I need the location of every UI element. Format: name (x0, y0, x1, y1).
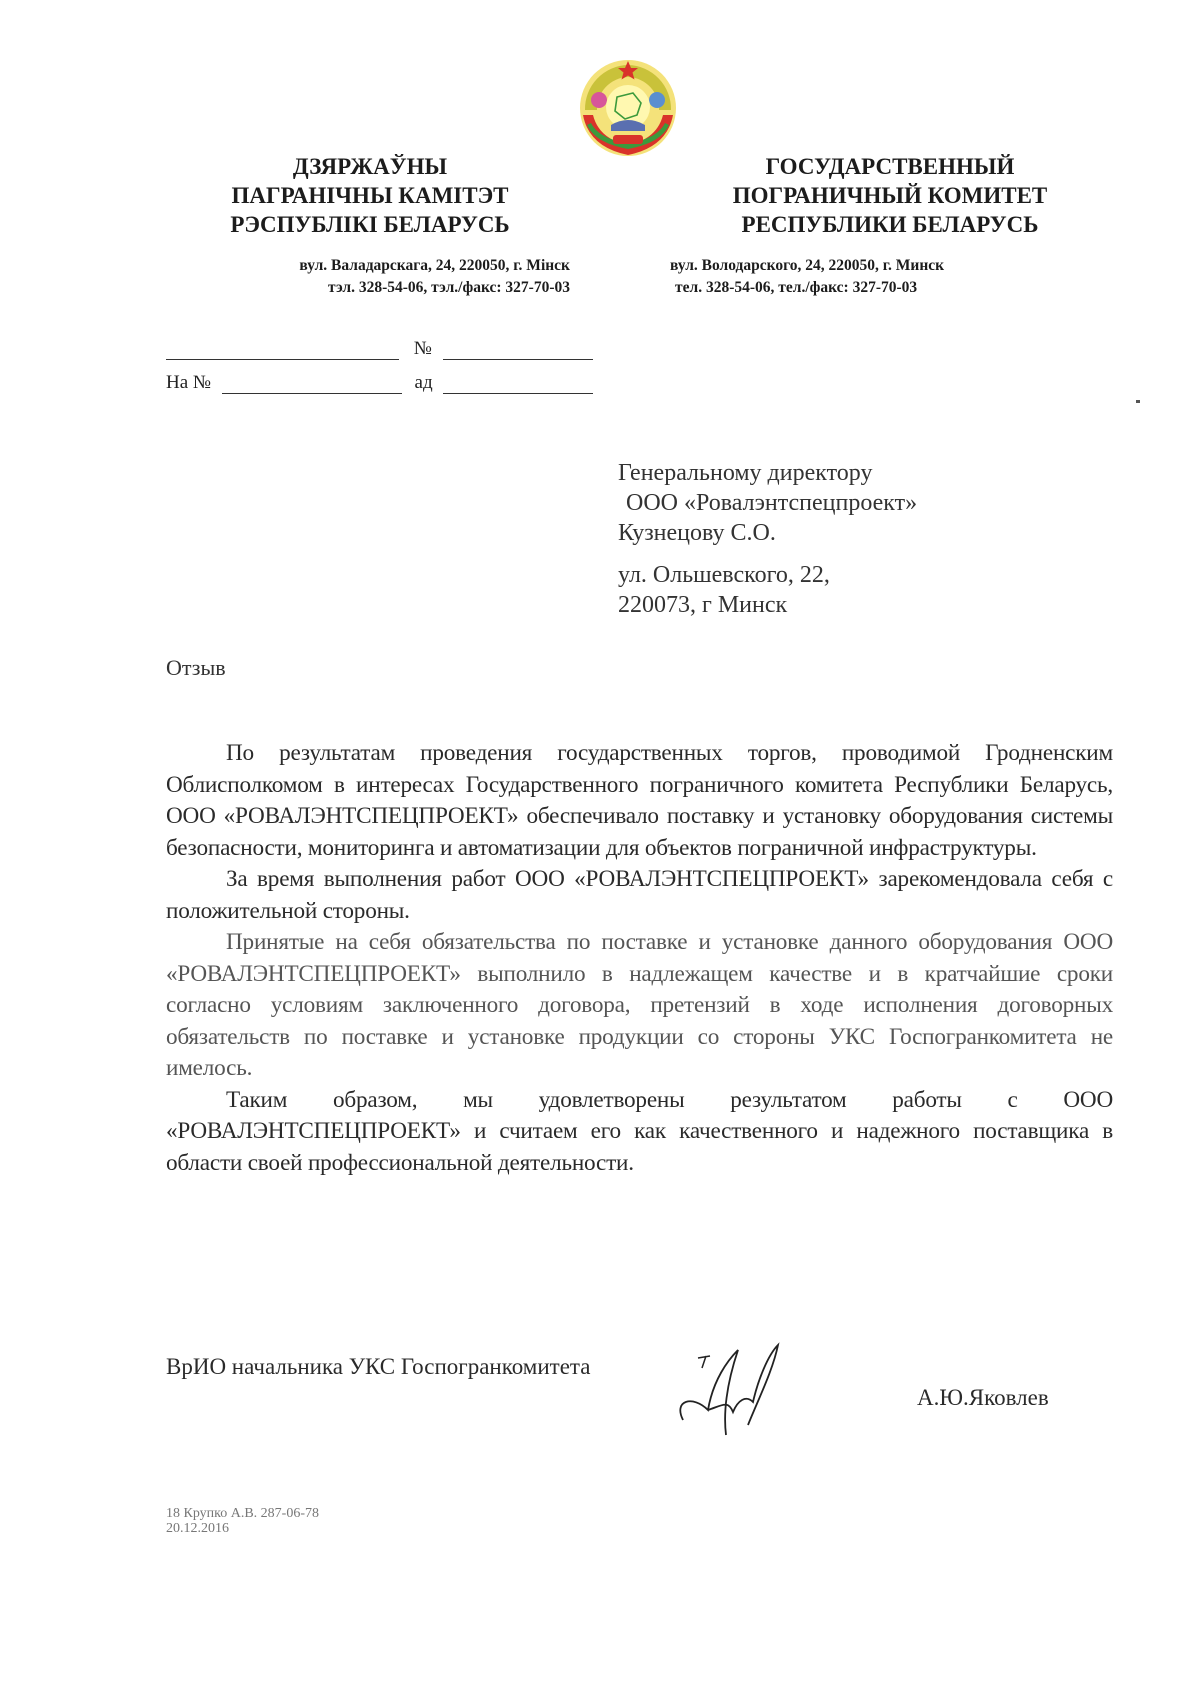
from-date-blank-line (443, 375, 593, 394)
number-blank-line (443, 341, 593, 360)
letterhead-line: ПАГРАНІЧНЫ КАМІТЭТ (160, 181, 580, 210)
date-blank-line (166, 341, 399, 360)
signatory-title: ВрИО начальника УКС Госпогранкомитета (166, 1354, 590, 1380)
body-paragraph: По результатам проведения государственны… (166, 738, 1113, 864)
letterhead-line: ГОСУДАРСТВЕННЫЙ (680, 152, 1100, 181)
coat-of-arms-emblem (575, 55, 681, 161)
emblem-icon (575, 55, 681, 161)
letterhead-title-belarusian: ДЗЯРЖАЎНЫ ПАГРАНІЧНЫ КАМІТЭТ РЭСПУБЛІКІ … (160, 152, 580, 239)
executor-info: 18 Крупко А.В. 287-06-78 (166, 1506, 319, 1521)
body-paragraph: За время выполнения работ ООО «РОВАЛЭНТС… (166, 864, 1113, 927)
document-date: 20.12.2016 (166, 1521, 319, 1536)
recipient-company: ООО «Ровалэнтспецпроект» (618, 488, 917, 518)
letterhead-line: ПОГРАНИЧНЫЙ КОМИТЕТ (680, 181, 1100, 210)
ref-number-blank-line (222, 375, 402, 394)
letterhead-title-russian: ГОСУДАРСТВЕННЫЙ ПОГРАНИЧНЫЙ КОМИТЕТ РЕСП… (680, 152, 1100, 239)
signatory-name: А.Ю.Яковлев (917, 1385, 1049, 1411)
reference-number-row: На № ад (166, 372, 593, 394)
body-paragraph: Таким образом, мы удовлетворены результа… (166, 1085, 1113, 1180)
executor-footer: 18 Крупко А.В. 287-06-78 20.12.2016 (166, 1506, 319, 1536)
recipient-street: ул. Ольшевского, 22, (618, 560, 917, 590)
letterhead-line: РЕСПУБЛИКИ БЕЛАРУСЬ (680, 210, 1100, 239)
address-line: вул. Володарского, 24, 220050, г. Минск (660, 255, 1080, 277)
letterhead-line: ДЗЯРЖАЎНЫ (160, 152, 580, 181)
subject-title: Отзыв (166, 655, 226, 681)
letterhead-line: РЭСПУБЛІКІ БЕЛАРУСЬ (160, 210, 580, 239)
signature-icon (668, 1340, 788, 1440)
letterhead-address-belarusian: вул. Валадарскага, 24, 220050, г. Мінск … (160, 255, 580, 299)
address-line: вул. Валадарскага, 24, 220050, г. Мінск (160, 255, 570, 277)
ref-number-label: На № (166, 372, 211, 393)
letter-body: По результатам проведения государственны… (166, 738, 1113, 1179)
number-label: № (414, 338, 432, 359)
scan-speck (1136, 400, 1140, 403)
handwritten-signature (668, 1340, 788, 1440)
registration-number-row: № (166, 338, 593, 360)
phone-line: тел. 328-54-06, тел./факс: 327-70-03 (660, 277, 1080, 299)
recipient-city: 220073, г Минск (618, 590, 917, 620)
body-paragraph: Принятые на себя обязательства по постав… (166, 927, 1113, 1085)
phone-line: тэл. 328-54-06, тэл./факс: 327-70-03 (160, 277, 570, 299)
recipient-name: Кузнецову С.О. (618, 518, 917, 548)
letterhead-address-russian: вул. Володарского, 24, 220050, г. Минск … (660, 255, 1080, 299)
recipient-block: Генеральному директору ООО «Ровалэнтспец… (618, 458, 917, 620)
from-label: ад (415, 372, 433, 393)
recipient-position: Генеральному директору (618, 458, 917, 488)
